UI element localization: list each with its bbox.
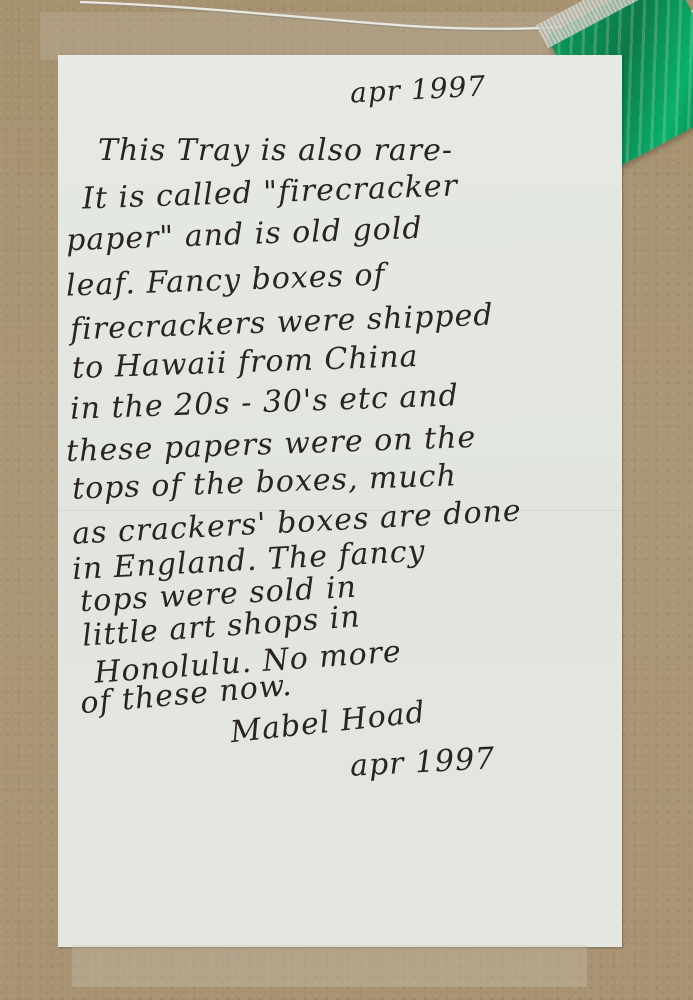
note-line: leaf. Fancy boxes of bbox=[65, 257, 386, 303]
handwritten-note-paper: apr 1997 This Tray is also rare- It is c… bbox=[58, 55, 622, 947]
bottom-tape bbox=[72, 945, 587, 987]
note-line: paper" and is old gold bbox=[65, 211, 423, 258]
note-line: to Hawaii from China bbox=[71, 339, 419, 386]
signature-date: apr 1997 bbox=[349, 741, 496, 784]
note-line: firecrackers were shipped bbox=[70, 298, 495, 348]
note-line: This Tray is also rare- bbox=[98, 133, 453, 168]
note-line: in the 20s - 30's etc and bbox=[70, 378, 460, 427]
header-date: apr 1997 bbox=[349, 69, 487, 109]
note-line: It is called "firecracker bbox=[82, 168, 459, 216]
